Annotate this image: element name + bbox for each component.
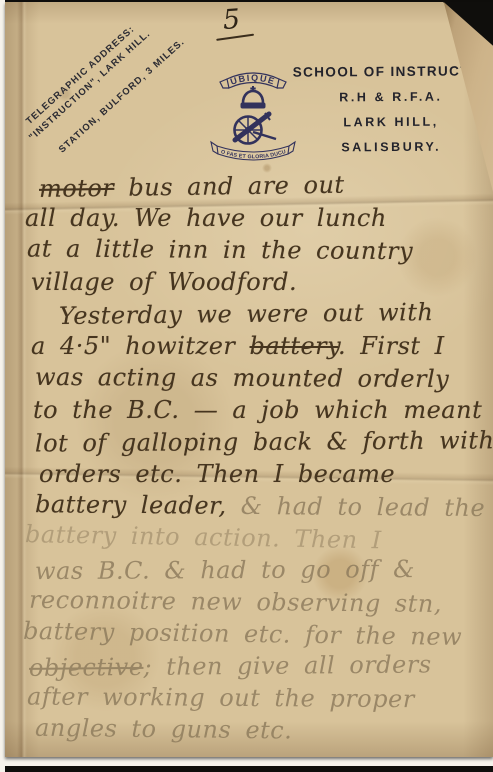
letter-body: motor bus and are out all day. We have o… xyxy=(5,172,493,748)
handwritten-line-8: to the B.C. — a job which meant a xyxy=(5,396,493,428)
handwritten-line-13: was B.C. & had to go off & xyxy=(5,555,493,590)
address-line-city: SALISBURY. xyxy=(293,139,489,154)
scanned-letter: 5 TELEGRAPHIC ADDRESS: "INSTRUCTION", LA… xyxy=(0,0,493,772)
address-line-unit: R.H & R.F.A. xyxy=(293,89,489,104)
handwritten-line-18: angles to guns etc. xyxy=(5,713,493,750)
handwritten-line-3: at a little inn in the country xyxy=(5,234,493,269)
crossed-word: objective xyxy=(29,653,144,682)
letter-page: 5 TELEGRAPHIC ADDRESS: "INSTRUCTION", LA… xyxy=(5,2,493,757)
pencil-continuation: & had to lead the xyxy=(241,492,486,522)
crossed-word: motor xyxy=(39,174,115,203)
handwritten-line-1: motor bus and are out xyxy=(5,169,493,208)
royal-artillery-crest-icon: UBIQUE xyxy=(201,58,305,166)
letterhead-address: SCHOOL OF INSTRUCTION, R.H & R.F.A. LARK… xyxy=(293,63,490,165)
page-number-value: 5 xyxy=(222,4,241,36)
address-line-place: LARK HILL, xyxy=(293,114,489,129)
handwritten-line-10: orders etc. Then I became xyxy=(5,460,493,492)
handwritten-line-9: lot of galloping back & forth with xyxy=(5,426,493,461)
handwritten-line-17: after working out the proper xyxy=(5,682,493,717)
handwritten-line-7: was acting as mounted orderly xyxy=(5,363,493,398)
crossed-word: battery xyxy=(250,332,339,360)
handwritten-line-2: all day. We have our lunch xyxy=(5,204,493,236)
svg-text:UBIQUE: UBIQUE xyxy=(229,73,277,87)
handwritten-line-4: village of Woodford. xyxy=(5,268,493,300)
telegraphic-line: "INSTRUCTION", LARK HILL. xyxy=(5,9,175,164)
scanner-edge-bottom xyxy=(0,757,493,766)
crest-top-motto: UBIQUE xyxy=(229,73,277,87)
handwritten-line-16: objective; then give all orders xyxy=(5,650,493,686)
page-number: 5 xyxy=(222,3,254,39)
handwritten-line-5: Yesterday we were out with xyxy=(5,297,493,334)
handwritten-line-6: a 4·5" howitzer battery. First I xyxy=(5,332,493,364)
address-line-school: SCHOOL OF INSTRUCTION, xyxy=(293,63,489,79)
